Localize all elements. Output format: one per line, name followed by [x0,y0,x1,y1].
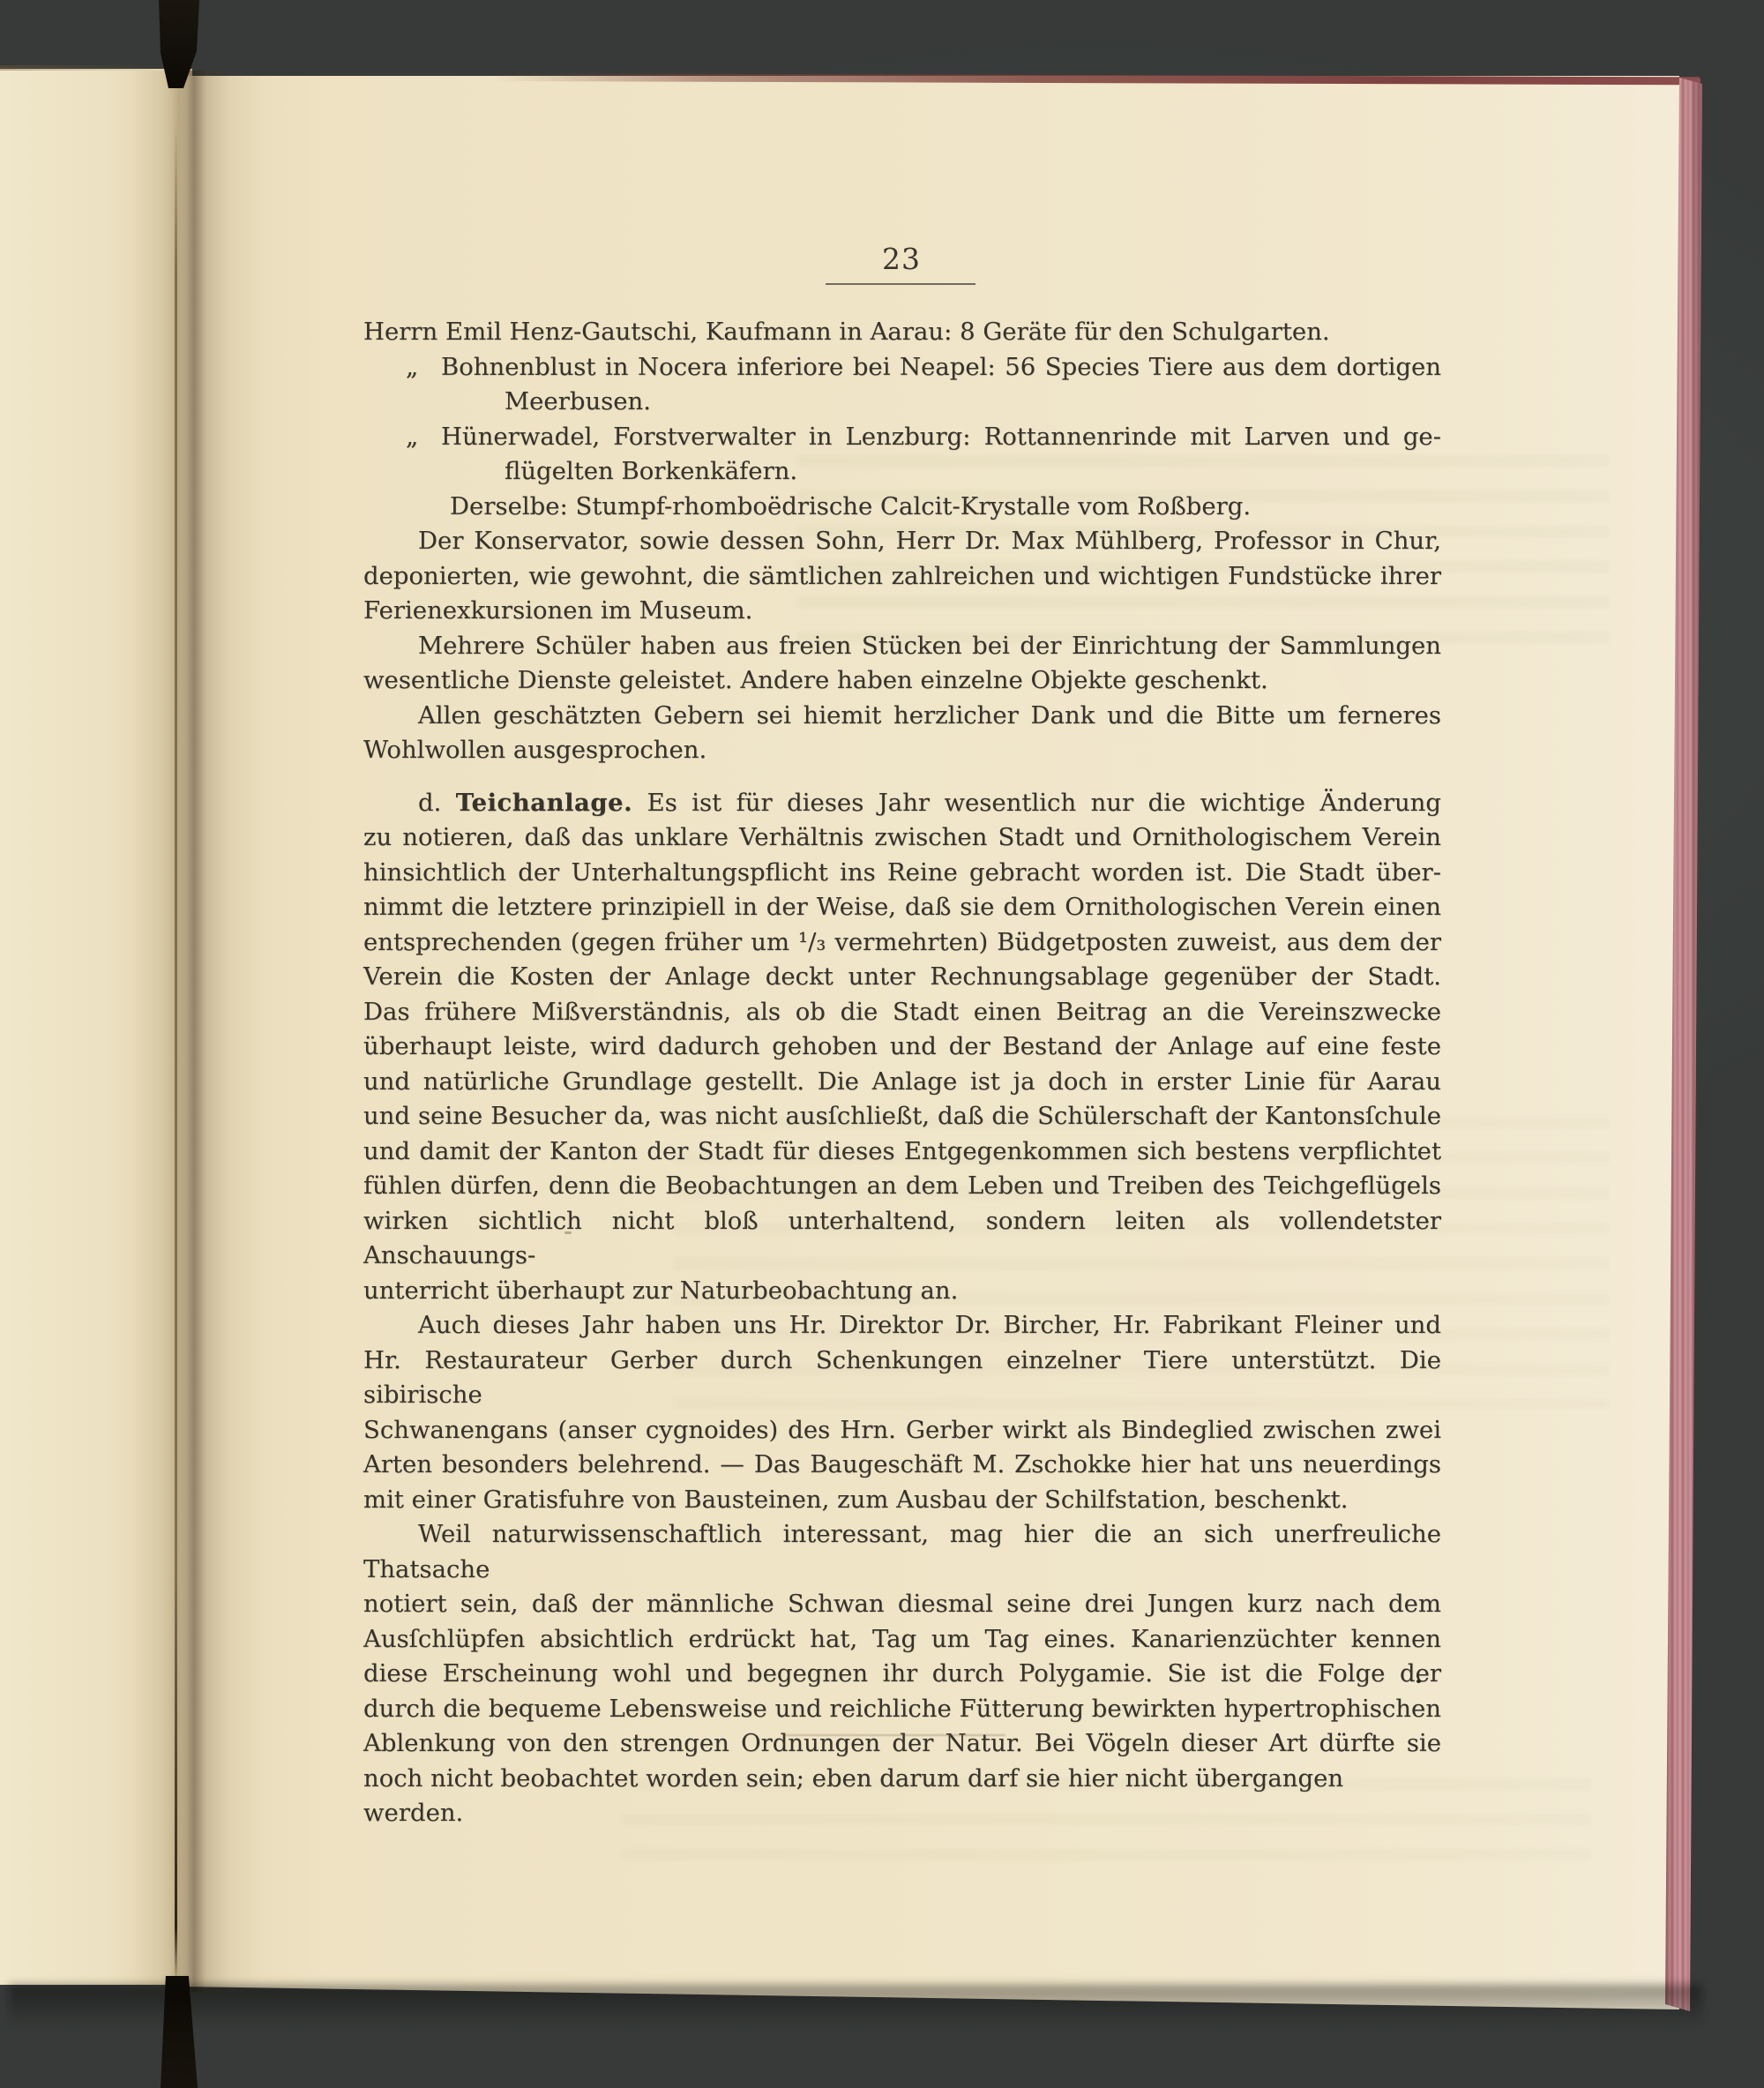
text-line: notiert sein, daß der männliche Schwan d… [363,1587,1441,1622]
paragraph-dank: Allen geschätzten Gebern sei hiemit herz… [363,699,1441,768]
text-line: Schwanengans (anser cygnoides) des Hrn. … [363,1413,1441,1448]
paragraph-teichanlage: d. Teichanlage. Es ist für dieses Jahr w… [363,786,1441,1309]
text-line: flügelten Borkenkäfern. [505,454,1441,490]
text-line: Meerbusen. [505,385,1441,420]
ditto-mark: „ [406,350,418,385]
ditto-mark: „ [406,420,418,455]
text-line: und natürliche Grundlage gestellt. Die A… [363,1065,1441,1100]
text-line: Ausſchlüpfen absichtlich erdrückt hat, T… [363,1622,1441,1658]
text-line: Allen geschätzten Gebern sei hiemit herz… [363,699,1441,734]
text-line: Ferienexkursionen im Museum. [363,594,1441,629]
text-line: noch nicht beobachtet worden sein; eben … [363,1762,1441,1831]
text-line: überhaupt leiste, wird dadurch gehoben u… [363,1029,1441,1065]
page-number-rule [826,283,975,285]
text-line: Auch dieses Jahr haben uns Hr. Direktor … [363,1308,1441,1343]
text-line: unterricht überhaupt zur Naturbeobachtun… [363,1274,1441,1309]
section-letter: d. [418,789,456,817]
text-line: deponierten, wie gewohnt, die sämtlichen… [363,559,1441,595]
text-line: Bohnenblust in Nocera inferiore bei Neap… [441,350,1441,385]
text-line: Herrn Emil Henz-Gautschi, Kaufmann in Aa… [363,315,1441,350]
text-line: Der Konservator, sowie dessen Sohn, Herr… [363,524,1441,559]
text-line: fühlen dürfen, denn die Beobachtungen an… [363,1169,1441,1204]
text-line: Verein die Kosten der Anlage deckt unter… [363,960,1441,995]
left-page-top-edge [0,65,168,71]
show-through-rule [783,1734,1005,1736]
text-line: Arten besonders belehrend. — Das Baugesc… [363,1448,1441,1483]
text-line: und seine Besucher da, was nicht ausſchl… [363,1099,1441,1134]
donor-entry-huenerwadel: „Hünerwadel, Forstverwalter in Lenzburg:… [363,420,1441,490]
text-line: diese Erscheinung wohl und begegnen ihr … [363,1657,1441,1692]
text-line: wirken sichtlich nicht bloß unterhaltend… [363,1204,1441,1274]
text-line: durch die bequeme Lebensweise und reichl… [363,1692,1441,1727]
text-line: Wohlwollen ausgesprochen. [363,733,1441,768]
paragraph-konservator: Der Konservator, sowie dessen Sohn, Herr… [363,524,1441,629]
page-bottom-shadow [9,1985,1702,2036]
text-line: Mehrere Schüler haben aus freien Stücken… [363,629,1441,664]
text-line: entsprechenden (gegen früher um ¹/₃ verm… [363,925,1441,961]
dust-speck [1416,1680,1421,1683]
text-line: Das frühere Mißverständnis, als ob die S… [363,995,1441,1030]
paragraph-schenkungen: Auch dieses Jahr haben uns Hr. Direktor … [363,1308,1441,1517]
paragraph-schwan: Weil naturwissenschaftlich interessant, … [363,1517,1441,1831]
text-line: hinsichtlich der Unterhaltungspflicht in… [363,856,1441,891]
page-number: 23 [827,242,975,276]
text-line: Ablenkung von den strengen Ordnungen der… [363,1726,1441,1762]
left-page [0,69,192,1985]
text-line: Hr. Restaurateur Gerber durch Schenkunge… [363,1343,1441,1413]
donor-entry-derselbe: Derselbe: Stumpf-rhomboëdrische Calcit-K… [363,490,1441,525]
text-block: Herrn Emil Henz-Gautschi, Kaufmann in Aa… [363,315,1441,1831]
donor-line-henz-gautschi: Herrn Emil Henz-Gautschi, Kaufmann in Aa… [363,315,1441,350]
text-line: und damit der Kanton der Stadt für diese… [363,1134,1441,1170]
book-scan: 23 Herrn Emil Henz-Gautschi, Kaufmann in… [0,0,1764,2088]
donor-entry-bohnenblust: „Bohnenblust in Nocera inferiore bei Nea… [363,350,1441,420]
section-label: Teichanlage. [456,789,632,817]
text-line: Derselbe: Stumpf-rhomboëdrische Calcit-K… [450,490,1441,525]
text-line: Weil naturwissenschaftlich interessant, … [363,1517,1441,1587]
paragraph-schueler: Mehrere Schüler haben aus freien Stücken… [363,629,1441,699]
text-line: zu notieren, daß das unklare Verhältnis … [363,820,1441,856]
text-line: mit einer Gratisfuhre von Bausteinen, zu… [363,1483,1441,1518]
text-line: Hünerwadel, Forstverwalter in Lenzburg: … [441,420,1441,455]
text-line: d. Teichanlage. Es ist für dieses Jahr w… [363,786,1441,821]
text-line: wesentliche Dienste geleistet. Andere ha… [363,663,1441,699]
dust-speck [564,1231,572,1234]
text-line: nimmt die letztere prinzipiell in der We… [363,890,1441,925]
